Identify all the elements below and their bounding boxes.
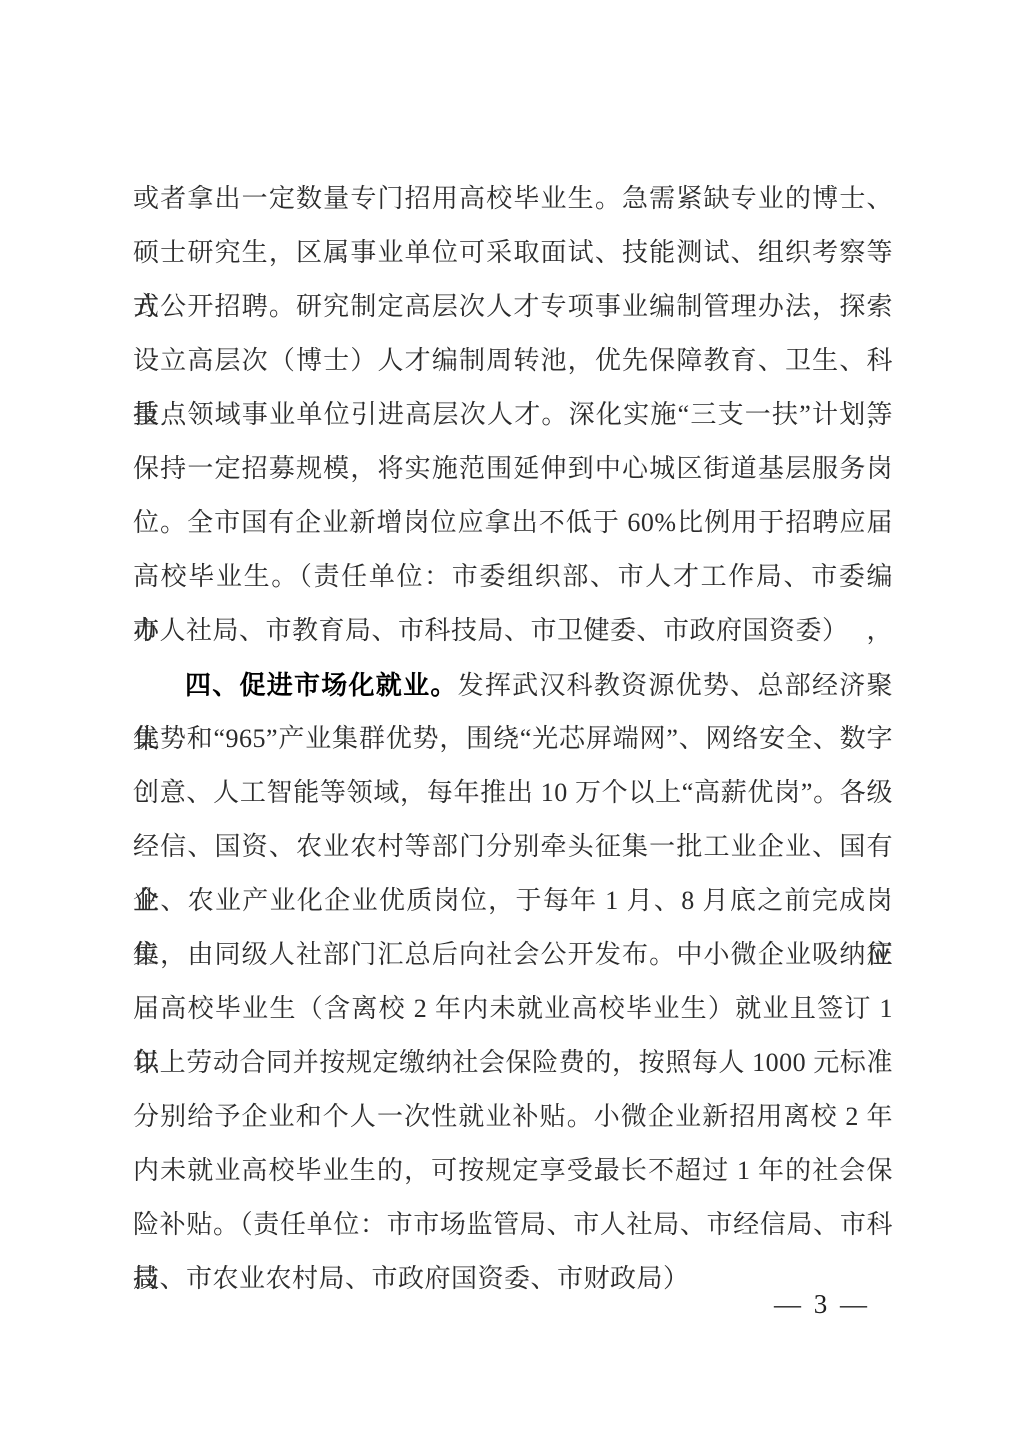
line-text: 式公开招聘。研究制定高层次人才专项事业编制管理办法，探索 <box>133 292 893 321</box>
text-line: 市人社局、市教育局、市科技局、市卫健委、市政府国资委） <box>133 604 893 658</box>
page-number: — 3 — <box>774 1288 870 1320</box>
line-text: 保持一定招募规模，将实施范围延伸到中心城区街道基层服务岗 <box>133 454 893 483</box>
text-line: 创意、人工智能等领域，每年推出 10 万个以上“高薪优岗”。各级 <box>133 766 893 820</box>
text-line: 以上劳动合同并按规定缴纳社会保险费的，按照每人 1000 元标准 <box>133 1036 893 1090</box>
text-line: 内未就业高校毕业生的，可按规定享受最长不超过 1 年的社会保 <box>133 1144 893 1198</box>
document-body: 或者拿出一定数量专门招用高校毕业生。急需紧缺专业的博士、硕士研究生，区属事业单位… <box>133 172 893 1306</box>
text-line: 分别给予企业和个人一次性就业补贴。小微企业新招用离校 2 年 <box>133 1090 893 1144</box>
document-page: 或者拿出一定数量专门招用高校毕业生。急需紧缺专业的博士、硕士研究生，区属事业单位… <box>0 0 1024 1453</box>
text-line: 经信、国资、农业农村等部门分别牵头征集一批工业企业、国有企 <box>133 820 893 874</box>
line-text: 以上劳动合同并按规定缴纳社会保险费的，按照每人 1000 元标准 <box>133 1048 893 1077</box>
text-line: 式公开招聘。研究制定高层次人才专项事业编制管理办法，探索 <box>133 280 893 334</box>
line-text: 内未就业高校毕业生的，可按规定享受最长不超过 1 年的社会保 <box>133 1156 893 1185</box>
text-line: 届高校毕业生（含离校 2 年内未就业高校毕业生）就业且签订 1 年 <box>133 982 893 1036</box>
line-text: 分别给予企业和个人一次性就业补贴。小微企业新招用离校 2 年 <box>133 1102 893 1131</box>
line-text: 局、市农业农村局、市政府国资委、市财政局） <box>133 1264 690 1293</box>
text-line: 设立高层次（博士）人才编制周转池，优先保障教育、卫生、科技等 <box>133 334 893 388</box>
section-heading: 四、促进市场化就业。 <box>185 670 458 700</box>
text-line: 保持一定招募规模，将实施范围延伸到中心城区街道基层服务岗 <box>133 442 893 496</box>
text-line: 或者拿出一定数量专门招用高校毕业生。急需紧缺专业的博士、 <box>133 172 893 226</box>
text-line: 高校毕业生。（责任单位：市委组织部、市人才工作局、市委编办， <box>133 550 893 604</box>
line-text: 集，由同级人社部门汇总后向社会公开发布。中小微企业吸纳应 <box>133 940 893 969</box>
line-text: 重点领域事业单位引进高层次人才。深化实施“三支一扶”计划， <box>133 400 893 429</box>
line-text: 优势和“965”产业集群优势，围绕“光芯屏端网”、网络安全、数字 <box>133 724 893 753</box>
line-text: 位。全市国有企业新增岗位应拿出不低于 60%比例用于招聘应届 <box>133 508 893 537</box>
text-line: 重点领域事业单位引进高层次人才。深化实施“三支一扶”计划， <box>133 388 893 442</box>
text-line: 险补贴。（责任单位：市市场监管局、市人社局、市经信局、市科技 <box>133 1198 893 1252</box>
text-line: 优势和“965”产业集群优势，围绕“光芯屏端网”、网络安全、数字 <box>133 712 893 766</box>
text-line: 硕士研究生，区属事业单位可采取面试、技能测试、组织考察等方 <box>133 226 893 280</box>
text-line: 集，由同级人社部门汇总后向社会公开发布。中小微企业吸纳应 <box>133 928 893 982</box>
line-text: 或者拿出一定数量专门招用高校毕业生。急需紧缺专业的博士、 <box>133 184 893 213</box>
line-text: 创意、人工智能等领域，每年推出 10 万个以上“高薪优岗”。各级 <box>133 778 893 807</box>
text-line: 业、农业产业化企业优质岗位，于每年 1 月、8 月底之前完成岗位征 <box>133 874 893 928</box>
text-line: 位。全市国有企业新增岗位应拿出不低于 60%比例用于招聘应届 <box>133 496 893 550</box>
line-text: 市人社局、市教育局、市科技局、市卫健委、市政府国资委） <box>133 616 849 645</box>
text-line: 四、促进市场化就业。发挥武汉科教资源优势、总部经济聚集 <box>133 658 893 712</box>
